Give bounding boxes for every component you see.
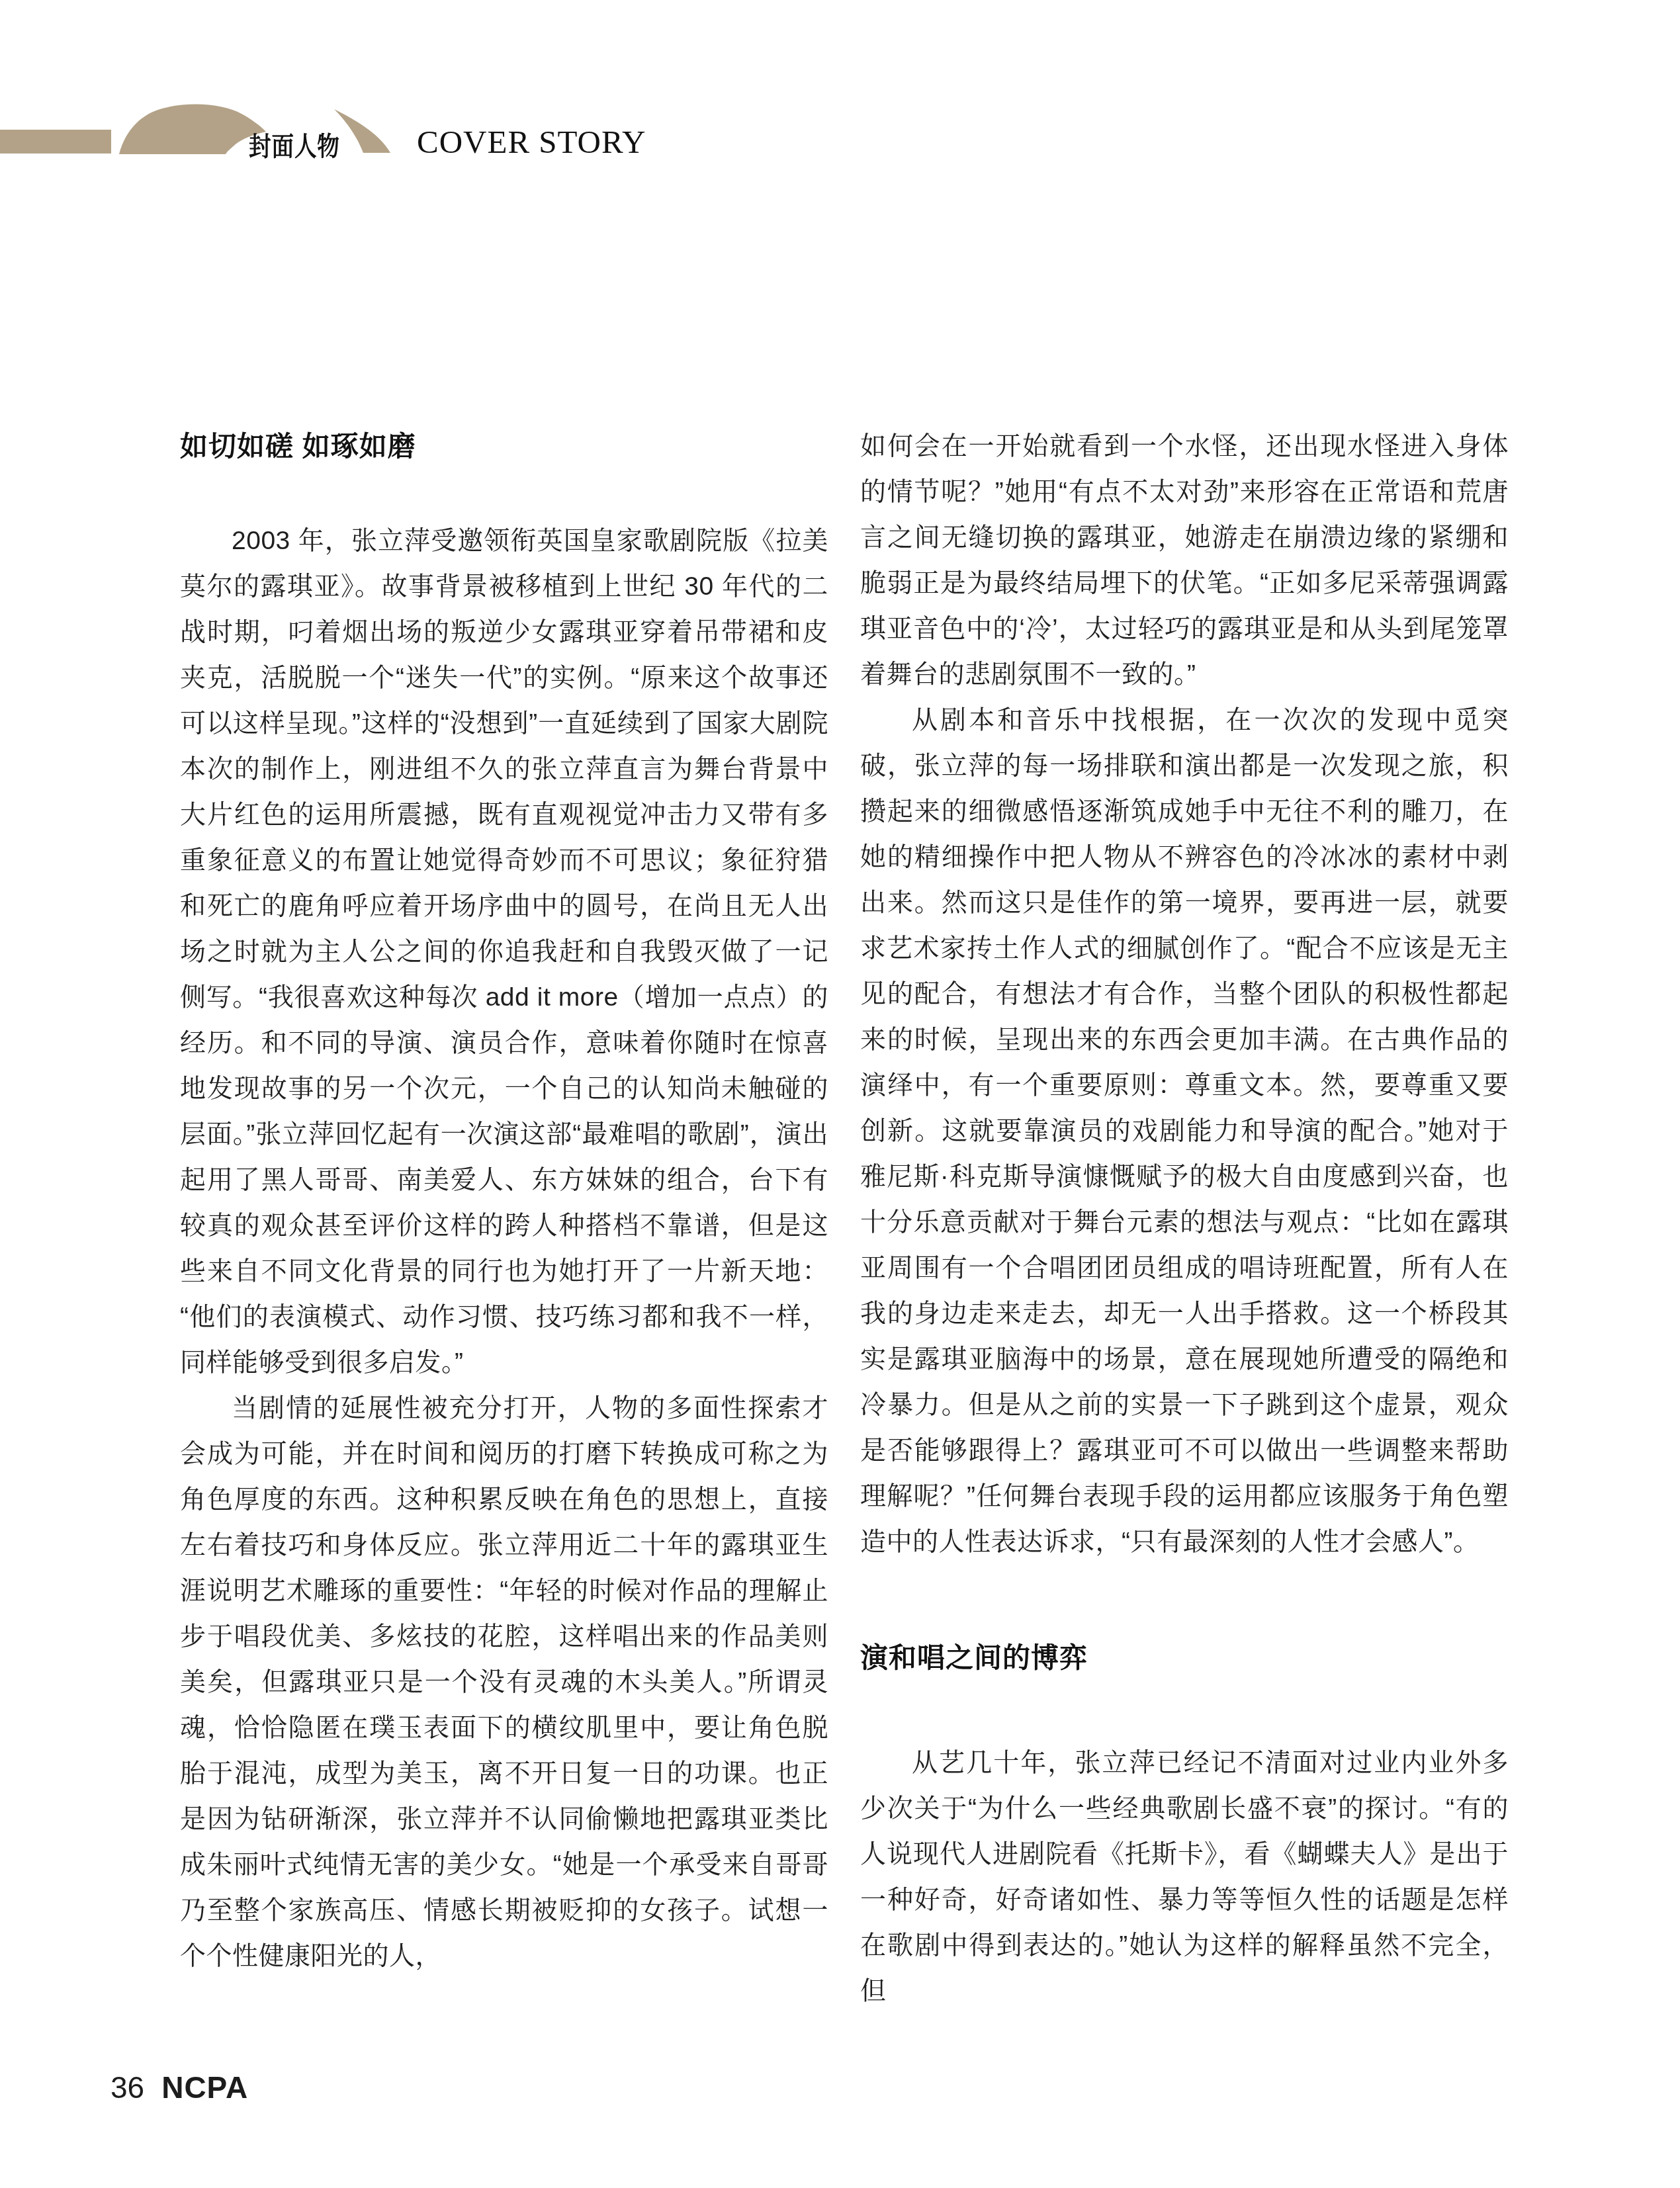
article-paragraph: 从艺几十年，张立萍已经记不清面对过业内业外多少次关于“为什么一些经典歌剧长盛不衰…: [860, 1740, 1509, 2014]
section-title-chinese: 封面人物: [249, 126, 340, 163]
subheading-acting-vs-singing: 演和唱之间的博弈: [860, 1635, 1509, 1681]
article-paragraph: 当剧情的延展性被充分打开，人物的多面性探索才会成为可能，并在时间和阅历的打磨下转…: [180, 1385, 828, 1979]
header-brand-graphic: [0, 96, 410, 162]
subheading-polish: 如切如磋 如琢如磨: [180, 423, 828, 469]
page-number: 36: [111, 2070, 144, 2105]
header-leaf-shape: [119, 105, 266, 154]
magazine-page: 封面人物 COVER STORY 如切如磋 如琢如磨 2003 年，张立萍受邀领…: [0, 0, 1680, 2188]
header-bar-shape: [0, 130, 111, 153]
left-column: 如切如磋 如琢如磨 2003 年，张立萍受邀领衔英国皇家歌剧院版《拉美莫尔的露琪…: [180, 423, 828, 1979]
page-footer: 36NCPA: [111, 2070, 248, 2105]
header-swoosh-shape: [334, 109, 390, 153]
section-title-english: COVER STORY: [417, 123, 646, 161]
article-paragraph: 2003 年，张立萍受邀领衔英国皇家歌剧院版《拉美莫尔的露琪亚》。故事背景被移植…: [180, 518, 828, 1385]
article-paragraph-continuation: 如何会在一开始就看到一个水怪，还出现水怪进入身体的情节呢？”她用“有点不太对劲”…: [860, 423, 1509, 697]
article-paragraph: 从剧本和音乐中找根据，在一次次的发现中觅突破，张立萍的每一场排联和演出都是一次发…: [860, 697, 1509, 1565]
magazine-name: NCPA: [161, 2070, 248, 2105]
right-column: 如何会在一开始就看到一个水怪，还出现水怪进入身体的情节呢？”她用“有点不太对劲”…: [860, 423, 1509, 2014]
